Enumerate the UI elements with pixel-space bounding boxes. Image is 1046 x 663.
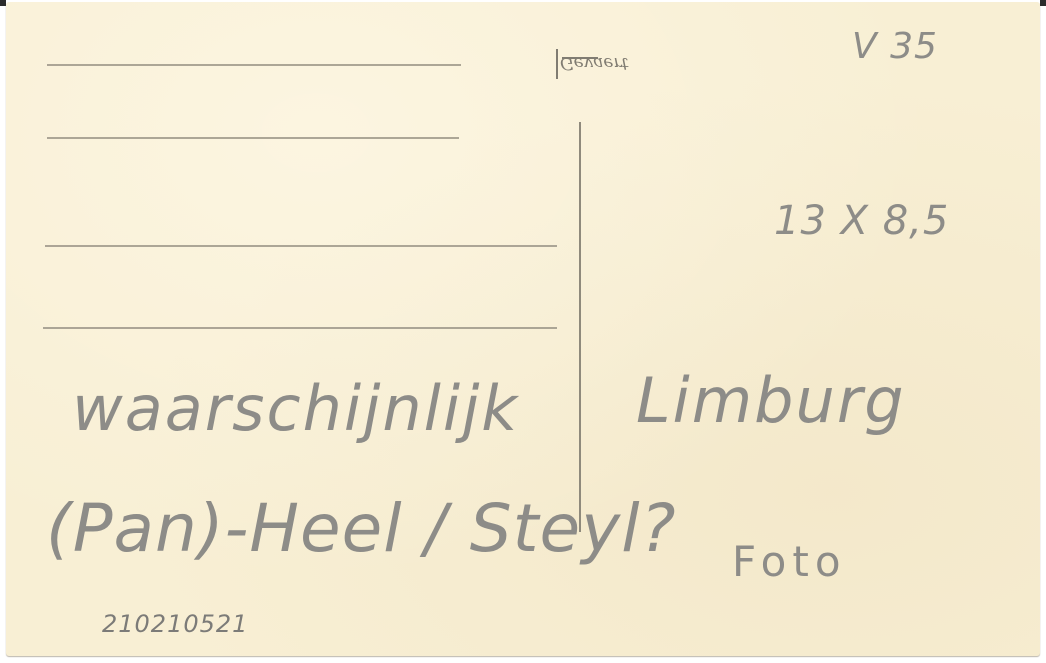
address-line-1: [47, 64, 461, 66]
address-line-3: [45, 245, 557, 247]
logo-text: Gevaert: [560, 53, 628, 73]
catalog-code: V 35: [852, 26, 938, 67]
note-limburg: Limburg: [636, 364, 906, 437]
inventory-number: 210210521: [102, 610, 248, 638]
scan-corner-right: [1040, 0, 1046, 6]
address-line-4: [43, 327, 557, 329]
postcard-back: Gevaert V 35 13 X 8,5 waarschijnlijk Lim…: [6, 2, 1040, 656]
address-line-2: [47, 137, 459, 139]
logo-stem: [556, 49, 558, 79]
gevaert-logo: Gevaert: [556, 49, 624, 81]
note-probably: waarschijnlijk: [72, 372, 519, 445]
dimensions-note: 13 X 8,5: [774, 198, 949, 244]
note-location: (Pan)-Heel / Steyl?: [46, 490, 677, 567]
center-divider: [579, 122, 581, 532]
type-label: Foto: [732, 537, 847, 586]
